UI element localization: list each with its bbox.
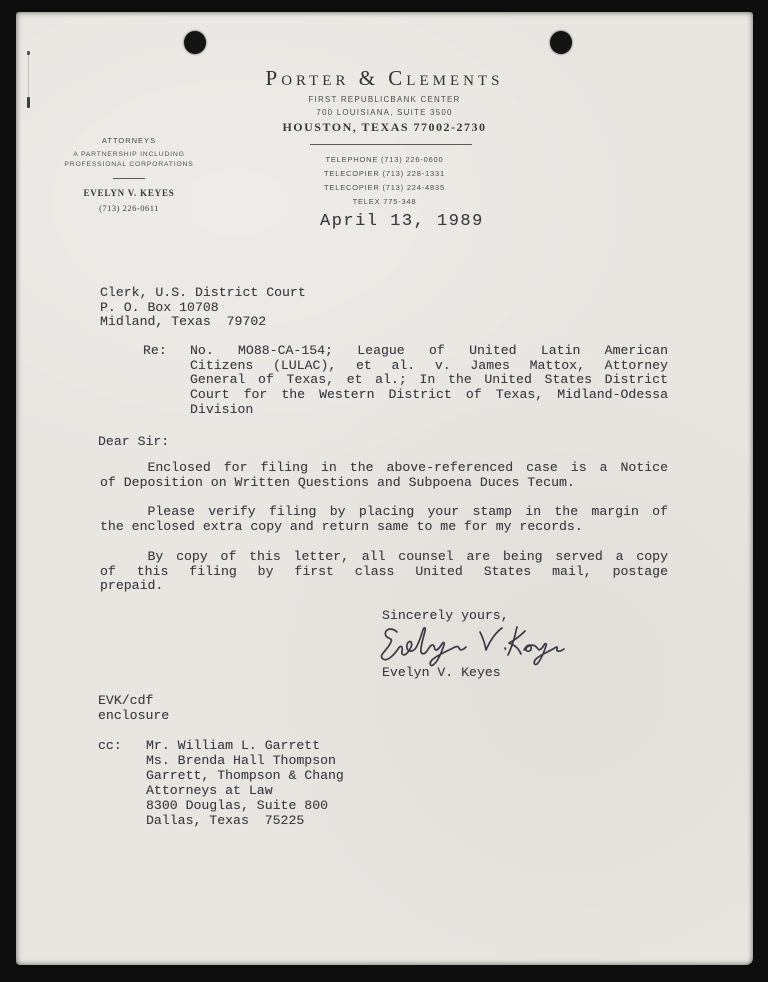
handwritten-signature bbox=[376, 623, 572, 671]
firm-building-line: FIRST REPUBLICBANK CENTER bbox=[16, 95, 753, 104]
reference-initials: EVK/cdf bbox=[98, 694, 169, 709]
typed-signature-name: Evelyn V. Keyes bbox=[382, 666, 501, 681]
re-subject-block: No. MO88-CA-154; League of United Latin … bbox=[190, 344, 668, 418]
firm-name: Porter & Clements bbox=[16, 66, 753, 91]
firm-city-line: HOUSTON, TEXAS 77002-2730 bbox=[16, 120, 753, 135]
attorneys-block: ATTORNEYS A PARTNERSHIP INCLUDING PROFES… bbox=[56, 136, 202, 213]
closing-phrase: Sincerely yours, bbox=[382, 609, 509, 624]
attorney-phone: (713) 226-0611 bbox=[56, 203, 202, 213]
cc-label: cc: bbox=[98, 739, 122, 754]
salutation: Dear Sir: bbox=[98, 435, 169, 450]
signature-ink bbox=[376, 623, 572, 671]
re-label: Re: bbox=[143, 344, 167, 359]
attorneys-subtitle-1: A PARTNERSHIP INCLUDING bbox=[56, 151, 202, 158]
body-paragraph-3: By copy of this letter, all counsel are … bbox=[100, 550, 668, 594]
letterhead-divider bbox=[310, 144, 472, 145]
firm-street-line: 700 LOUISIANA, SUITE 3500 bbox=[16, 108, 753, 117]
cc-recipients-block: Mr. William L. GarrettMs. Brenda Hall Th… bbox=[146, 739, 466, 828]
attorneys-divider bbox=[113, 178, 145, 179]
punch-hole-right bbox=[550, 31, 572, 54]
body-paragraph-1: Enclosed for filing in the above-referen… bbox=[100, 461, 668, 490]
attorney-name: EVELYN V. KEYES bbox=[56, 188, 202, 198]
body-paragraph-2: Please verify filing by placing your sta… bbox=[100, 505, 668, 534]
letter-page: Porter & Clements FIRST REPUBLICBANK CEN… bbox=[16, 12, 753, 965]
punch-hole-left bbox=[184, 31, 206, 54]
date-line: April 13, 1989 bbox=[320, 212, 484, 232]
attorneys-title: ATTORNEYS bbox=[56, 136, 202, 145]
enclosure-note: enclosure bbox=[98, 709, 169, 724]
reference-initials-block: EVK/cdf enclosure bbox=[98, 694, 169, 723]
recipient-address: Clerk, U.S. District CourtP. O. Box 1070… bbox=[100, 286, 500, 330]
scan-scratch-artifact bbox=[27, 51, 30, 55]
attorneys-subtitle-2: PROFESSIONAL CORPORATIONS bbox=[56, 161, 202, 168]
